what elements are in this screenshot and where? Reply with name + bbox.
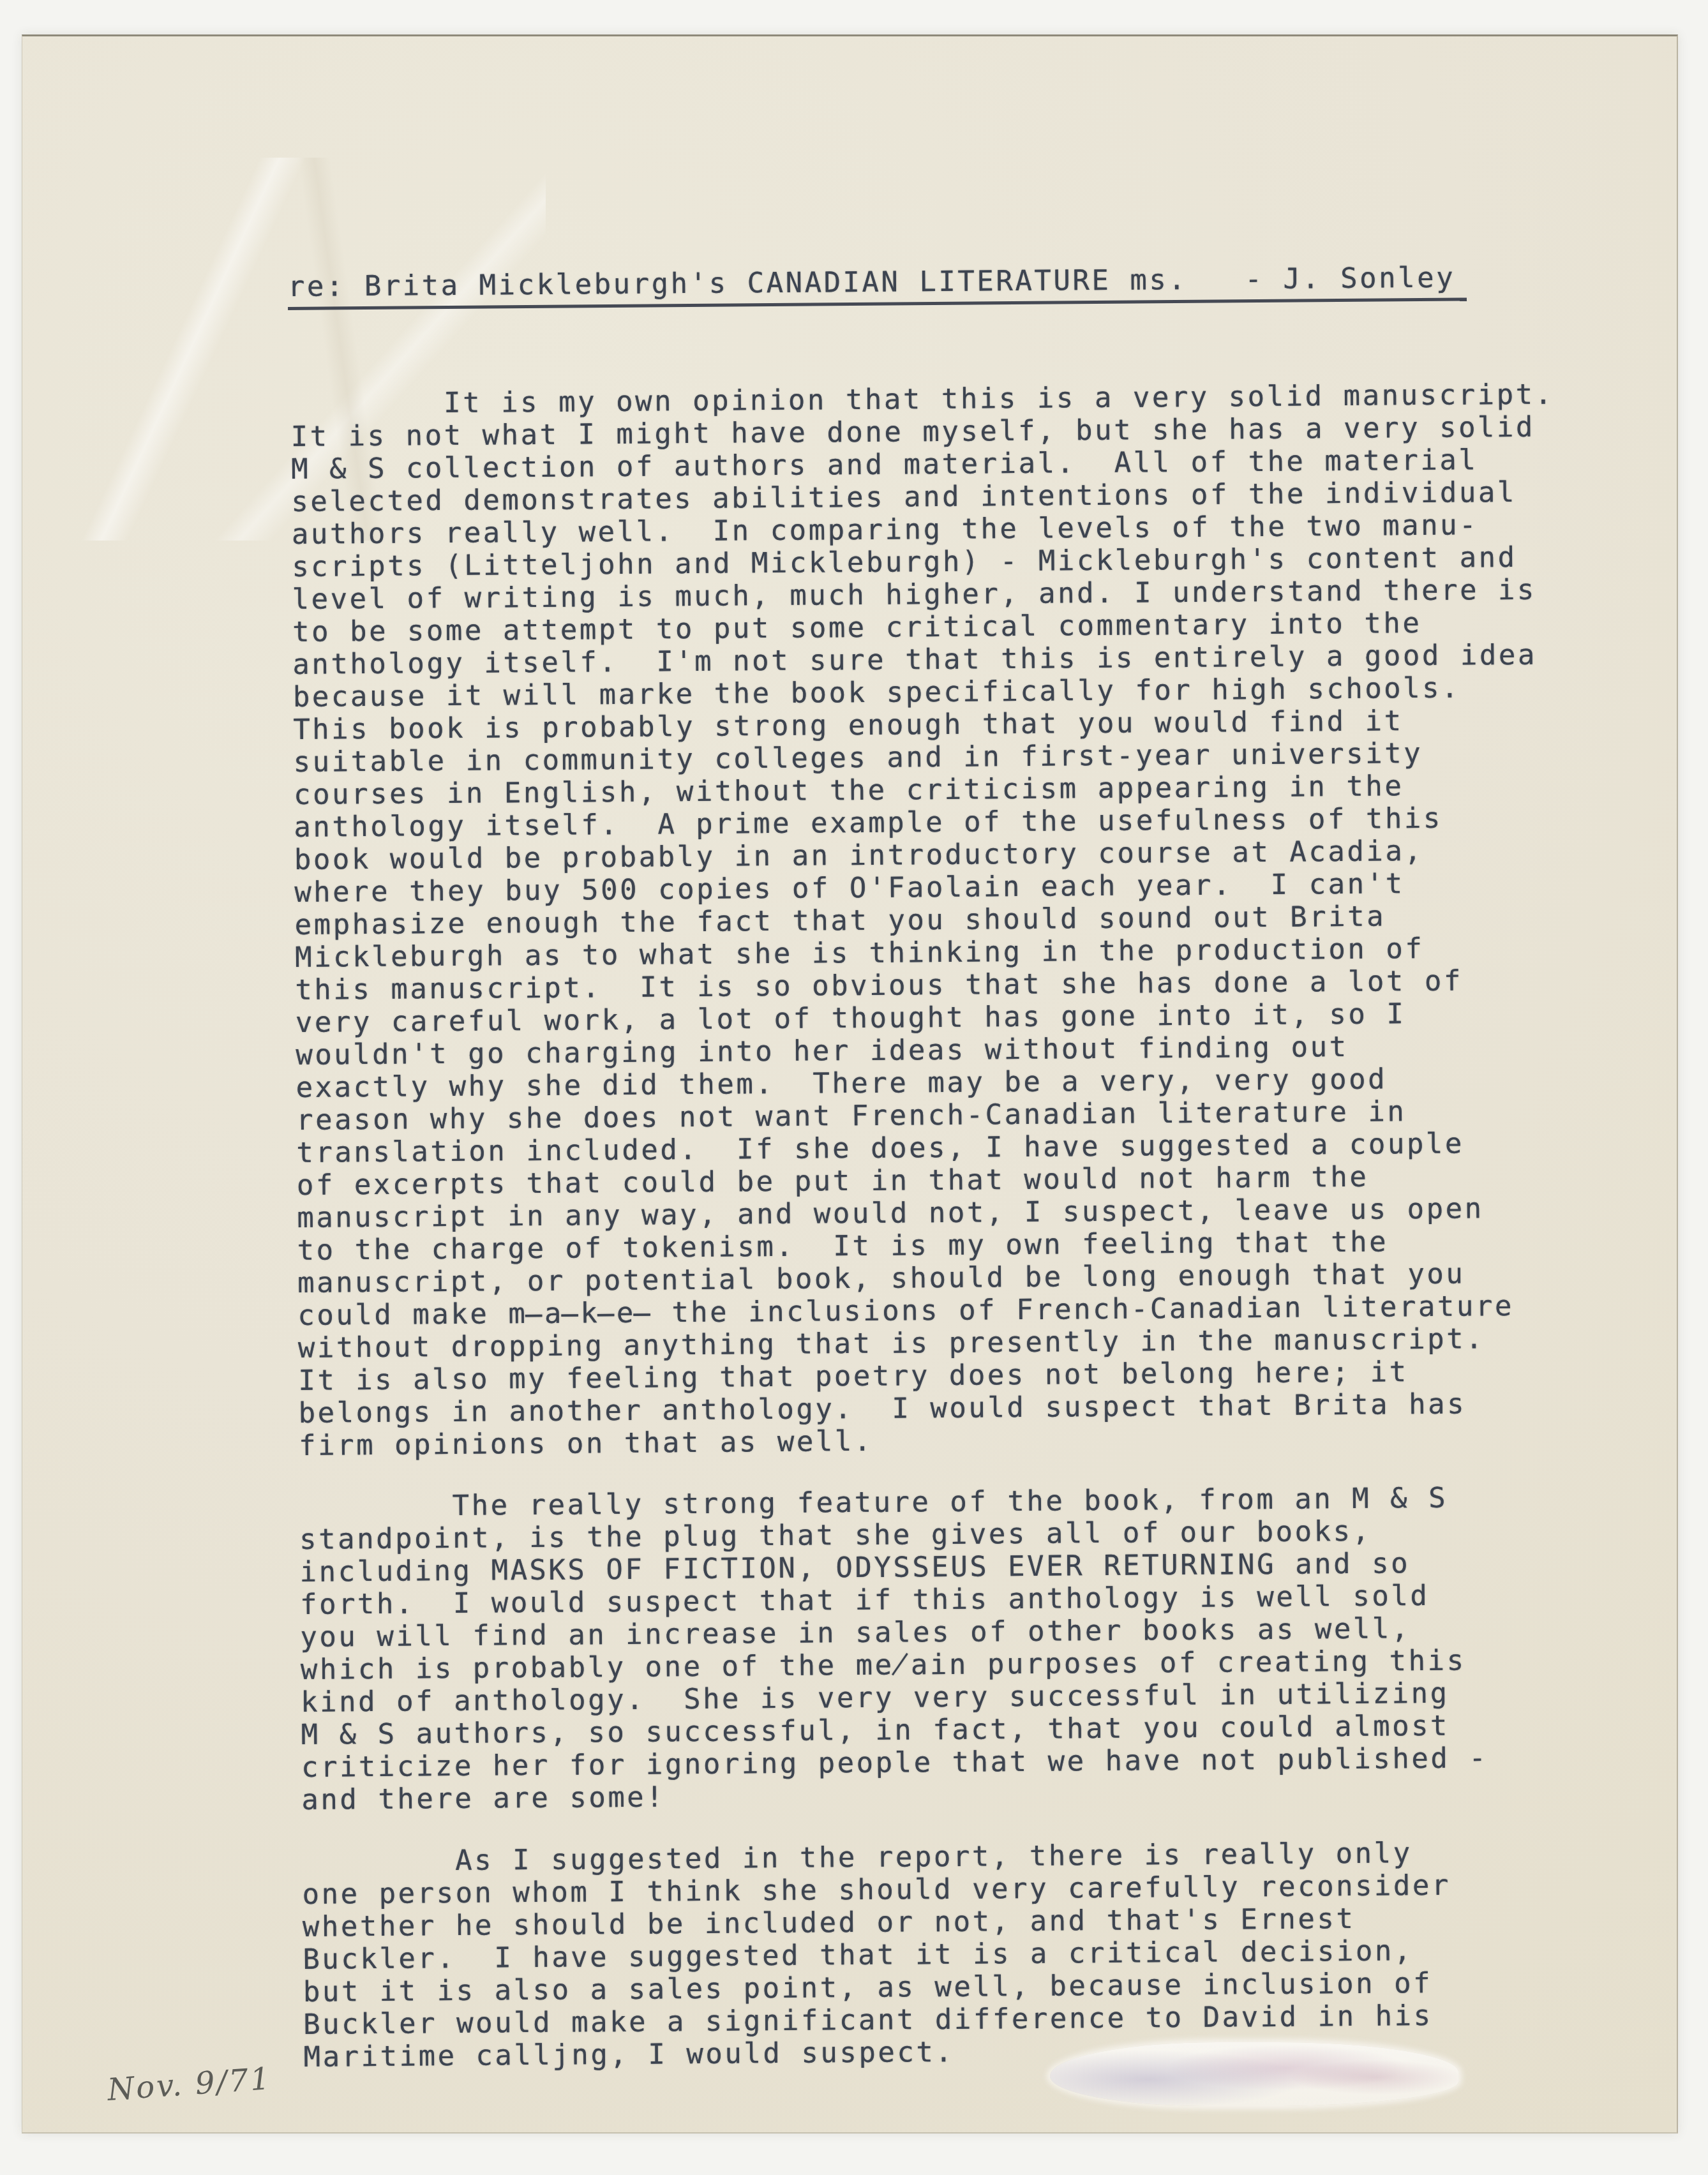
paragraph-3: As I suggested in the report, there is r… bbox=[302, 1837, 1452, 2074]
typewritten-content: re: Brita Mickleburgh's CANADIAN LITERAT… bbox=[0, 0, 1708, 2175]
paragraph-1: It is my own opinion that this is a very… bbox=[290, 378, 1562, 1461]
document-title: re: Brita Mickleburgh's CANADIAN LITERAT… bbox=[288, 262, 1467, 311]
scanned-document: re: Brita Mickleburgh's CANADIAN LITERAT… bbox=[0, 0, 1708, 2175]
whiteout-smudge bbox=[1050, 2042, 1458, 2106]
paragraph-2: The really strong feature of the book, f… bbox=[299, 1481, 1488, 1816]
